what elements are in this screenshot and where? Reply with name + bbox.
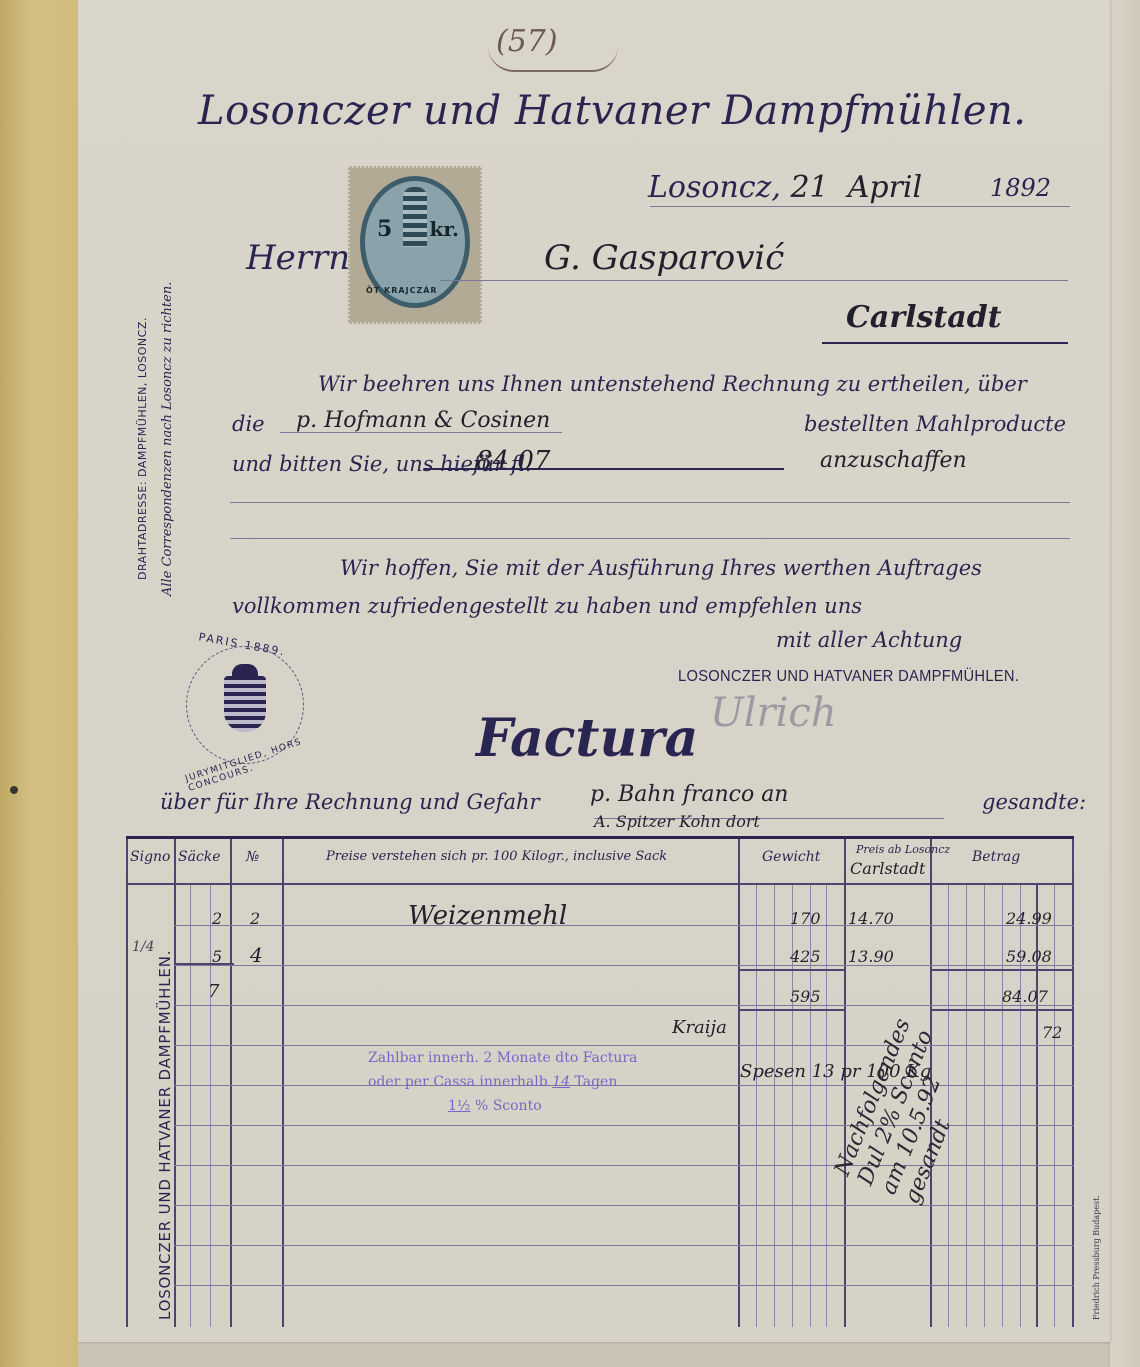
printer-credit: Friedrich Pressburg Budapest. bbox=[1092, 1195, 1101, 1320]
row1-saecke: 2 bbox=[212, 909, 222, 928]
row3-saecke-total: 7 bbox=[208, 981, 219, 1002]
row3-betrag-total: 84.07 bbox=[1002, 987, 1048, 1006]
archive-number: (57) bbox=[496, 24, 558, 59]
invoice-total-amount: 84.07 bbox=[476, 446, 550, 476]
signature-handwritten: Ulrich bbox=[710, 690, 837, 736]
row-rule bbox=[174, 1245, 1074, 1246]
body-line-4: Wir hoffen, Sie mit der Ausführung Ihres… bbox=[340, 556, 982, 580]
extra-line-1-label: Kraija bbox=[672, 1017, 727, 1038]
discount-suffix: % Sconto bbox=[475, 1098, 542, 1114]
body-line-2-handwritten: p. Hofmann & Cosinen bbox=[296, 408, 550, 433]
telegram-address: DRAHTADRESSE: DAMPFMÜHLEN, LOSONCZ. bbox=[136, 317, 149, 580]
binder-hole bbox=[10, 786, 18, 794]
subtotal-rule bbox=[930, 969, 1074, 971]
correspondence-note: Alle Correspondenzen nach Losoncz zu ric… bbox=[160, 282, 175, 596]
header-signo: Signo bbox=[130, 849, 170, 865]
crown-icon bbox=[403, 187, 427, 247]
row1-description: Weizenmehl bbox=[408, 901, 567, 931]
recipient-city: Carlstadt bbox=[846, 300, 1002, 335]
paris-medal-seal: PARIS 1889. JURYMITGLIED, HORS CONCOURS. bbox=[176, 636, 316, 776]
row-rule bbox=[174, 965, 1074, 966]
header-rule bbox=[126, 883, 1074, 885]
col-subline bbox=[984, 883, 985, 1327]
row2-gewicht: 425 bbox=[790, 947, 821, 966]
col-border bbox=[174, 839, 176, 1327]
body-line-1: Wir beehren uns Ihnen untenstehend Rechn… bbox=[318, 372, 1027, 396]
payment-line-3: 1½ % Sconto bbox=[368, 1094, 637, 1118]
row-rule bbox=[174, 1205, 1074, 1206]
table-side-label: LOSONCZER UND HATVANER DAMPFMÜHLEN. bbox=[156, 950, 174, 1320]
row-rule bbox=[174, 925, 1074, 926]
row1-gewicht: 170 bbox=[790, 909, 821, 928]
col-subline bbox=[1002, 883, 1003, 1327]
stamp-caption: ÖT KRAJCZÁR bbox=[366, 286, 438, 295]
row2-betrag: 59.08 bbox=[1006, 947, 1052, 966]
city-rule bbox=[822, 342, 1068, 344]
header-saecke: Säcke bbox=[178, 849, 221, 865]
col-subline bbox=[1054, 883, 1055, 1327]
date-year: 1892 bbox=[990, 174, 1051, 202]
col-border bbox=[1072, 839, 1074, 1327]
col-subline bbox=[826, 883, 827, 1327]
shipping-prefix: über für Ihre Rechnung und Gefahr bbox=[160, 790, 540, 814]
payment-days: 14 bbox=[552, 1074, 570, 1090]
body-line-3-handwritten: anzuschaffen bbox=[820, 448, 967, 473]
shipping-handwritten-2: A. Spitzer Kohn dort bbox=[594, 812, 760, 831]
header-description: Preise verstehen sich pr. 100 Kilogr., i… bbox=[326, 849, 667, 864]
date-place: Losoncz, bbox=[648, 170, 781, 205]
body-line-2-suffix: bestellten Mahlproducte bbox=[804, 412, 1066, 436]
recipient-rule bbox=[440, 280, 1068, 281]
col-border bbox=[282, 839, 284, 1327]
payment-line-2-prefix: oder per Cassa innerhalb bbox=[368, 1074, 548, 1090]
row1-preis: 14.70 bbox=[848, 909, 894, 928]
signo-mark: 1/4 bbox=[132, 939, 155, 955]
discount-percent: 1½ bbox=[448, 1098, 470, 1114]
payment-terms-stamp: Zahlbar innerh. 2 Monate dto Factura ode… bbox=[368, 1046, 637, 1118]
factura-title: Factura bbox=[476, 708, 698, 769]
col-border bbox=[738, 839, 740, 1327]
body-line-2-prefix: die bbox=[232, 412, 265, 436]
revenue-stamp: 5 kr. ÖT KRAJCZÁR bbox=[348, 166, 482, 324]
payment-line-1: Zahlbar innerh. 2 Monate dto Factura bbox=[368, 1046, 637, 1070]
closing: mit aller Achtung bbox=[776, 628, 962, 652]
body-rule-2 bbox=[280, 432, 562, 433]
stamp-value: 5 bbox=[377, 216, 392, 242]
coat-of-arms-icon bbox=[224, 676, 266, 732]
total-rule bbox=[738, 1009, 844, 1011]
header-betrag: Betrag bbox=[972, 849, 1020, 865]
signature-printed: LOSONCZER UND HATVANER DAMPFMÜHLEN. bbox=[678, 668, 1019, 686]
col-subline bbox=[210, 883, 211, 1327]
row2-nr: 4 bbox=[250, 943, 263, 967]
body-line-5: vollkommen zufriedengestellt zu haben un… bbox=[232, 594, 862, 618]
col-border bbox=[844, 839, 846, 1327]
amount-rule bbox=[424, 468, 784, 470]
header-preis-handwritten: Carlstadt bbox=[850, 859, 925, 878]
subtotal-rule bbox=[738, 969, 844, 971]
col-border bbox=[230, 839, 232, 1327]
payment-line-2-suffix: Tagen bbox=[574, 1074, 617, 1090]
row1-betrag: 24.99 bbox=[1006, 909, 1052, 928]
row3-gewicht-total: 595 bbox=[790, 987, 821, 1006]
header-nr: № bbox=[246, 849, 259, 865]
row-rule bbox=[174, 1005, 1074, 1006]
row1-nr: 2 bbox=[250, 909, 260, 928]
col-subline bbox=[774, 883, 775, 1327]
body-rule-blank-1 bbox=[230, 502, 1070, 503]
shipping-handwritten: p. Bahn franco an bbox=[590, 782, 788, 807]
binder-edge bbox=[0, 0, 78, 1367]
header-gewicht: Gewicht bbox=[762, 849, 820, 865]
row2-saecke: 5 bbox=[212, 947, 222, 966]
col-border bbox=[126, 839, 128, 1327]
col-subline bbox=[756, 883, 757, 1327]
row2-preis: 13.90 bbox=[848, 947, 894, 966]
header-preis: Preis ab Losoncz bbox=[856, 843, 950, 856]
row-rule bbox=[174, 1285, 1074, 1286]
page-edge-right bbox=[1109, 0, 1140, 1367]
total-rule bbox=[930, 1009, 1074, 1011]
date-line: Losoncz, 21 April bbox=[648, 170, 922, 205]
stamp-unit: kr. bbox=[429, 217, 459, 241]
payment-line-2: oder per Cassa innerhalb 14 Tagen bbox=[368, 1070, 637, 1094]
extra-line-1-betrag: 72 bbox=[1042, 1023, 1062, 1042]
body-rule-blank-2 bbox=[230, 538, 1070, 539]
recipient-name: G. Gasparović bbox=[544, 238, 784, 278]
date-month: April bbox=[848, 170, 922, 205]
letterhead-title: Losonczer und Hatvaner Dampfmühlen. bbox=[198, 88, 1027, 134]
date-day: 21 bbox=[790, 170, 828, 205]
shipping-suffix: gesandte: bbox=[982, 790, 1086, 814]
salutation: Herrn bbox=[246, 238, 350, 278]
col-subline bbox=[966, 883, 967, 1327]
col-subline bbox=[190, 883, 191, 1327]
date-rule bbox=[650, 206, 1070, 207]
